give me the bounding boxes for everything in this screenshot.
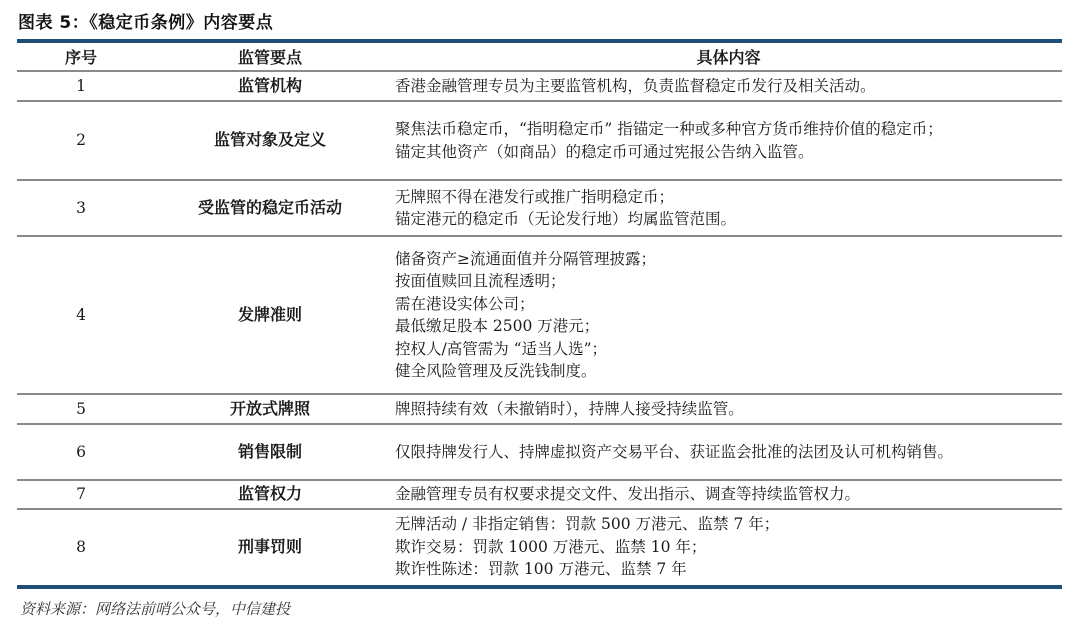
content-line: 按面值赎回且流程透明； — [395, 270, 1058, 293]
content-line: 锚定其他资产（如商品）的稳定币可通过宪报公告纳入监管。 — [395, 141, 1058, 164]
row-content: 聚焦法币稳定币，“指明稳定币” 指锚定一种或多种官方货币维持价值的稳定币； 锚定… — [395, 101, 1062, 180]
content-line: 牌照持续有效（未撤销时），持牌人接受持续监管。 — [395, 398, 1058, 421]
row-no: 2 — [17, 101, 145, 180]
content-line: 锚定港元的稳定币（无论发行地）均属监管范围。 — [395, 208, 1058, 231]
table-row: 7 监管权力 金融管理专员有权要求提交文件、发出指示、调查等持续监管权力。 — [17, 480, 1062, 509]
row-key-point: 监管对象及定义 — [145, 101, 395, 180]
bottom-rule — [17, 585, 1062, 589]
row-no: 7 — [17, 480, 145, 509]
row-content: 金融管理专员有权要求提交文件、发出指示、调查等持续监管权力。 — [395, 480, 1062, 509]
row-key-point: 受监管的稳定币活动 — [145, 180, 395, 236]
row-no: 4 — [17, 236, 145, 394]
header-content: 具体内容 — [395, 43, 1062, 71]
header-key-point: 监管要点 — [145, 43, 395, 71]
content-line: 欺诈交易：罚款 1000 万港元、监禁 10 年； — [395, 536, 1058, 559]
regulation-table: 序号 监管要点 具体内容 1 监管机构 香港金融管理专员为主要监管机构，负责监督… — [17, 43, 1062, 585]
row-key-point: 监管权力 — [145, 480, 395, 509]
content-line: 欺诈性陈述：罚款 100 万港元、监禁 7 年 — [395, 558, 1058, 581]
row-content: 无牌活动 / 非指定销售：罚款 500 万港元、监禁 7 年； 欺诈交易：罚款 … — [395, 509, 1062, 585]
row-no: 1 — [17, 71, 145, 101]
content-line: 香港金融管理专员为主要监管机构，负责监督稳定币发行及相关活动。 — [395, 75, 1058, 98]
content-line: 聚焦法币稳定币，“指明稳定币” 指锚定一种或多种官方货币维持价值的稳定币； — [395, 118, 1055, 141]
content-line: 需在港设实体公司； — [395, 293, 1058, 316]
table-row: 8 刑事罚则 无牌活动 / 非指定销售：罚款 500 万港元、监禁 7 年； 欺… — [17, 509, 1062, 585]
table-row: 6 销售限制 仅限持牌发行人、持牌虚拟资产交易平台、获证监会批准的法团及认可机构… — [17, 424, 1062, 480]
table-row: 5 开放式牌照 牌照持续有效（未撤销时），持牌人接受持续监管。 — [17, 394, 1062, 424]
content-line: 健全风险管理及反洗钱制度。 — [395, 360, 1058, 383]
content-line: 金融管理专员有权要求提交文件、发出指示、调查等持续监管权力。 — [395, 483, 1058, 506]
row-content: 无牌照不得在港发行或推广指明稳定币； 锚定港元的稳定币（无论发行地）均属监管范围… — [395, 180, 1062, 236]
row-key-point: 监管机构 — [145, 71, 395, 101]
row-key-point: 开放式牌照 — [145, 394, 395, 424]
table-row: 3 受监管的稳定币活动 无牌照不得在港发行或推广指明稳定币； 锚定港元的稳定币（… — [17, 180, 1062, 236]
row-key-point: 销售限制 — [145, 424, 395, 480]
table-row: 2 监管对象及定义 聚焦法币稳定币，“指明稳定币” 指锚定一种或多种官方货币维持… — [17, 101, 1062, 180]
content-line: 仅限持牌发行人、持牌虚拟资产交易平台、获证监会批准的法团及认可机构销售。 — [395, 441, 1060, 464]
row-no: 3 — [17, 180, 145, 236]
row-no: 5 — [17, 394, 145, 424]
row-content: 香港金融管理专员为主要监管机构，负责监督稳定币发行及相关活动。 — [395, 71, 1062, 101]
source-note: 资料来源：网络法前哨公众号，中信建投 — [20, 598, 290, 619]
row-content: 储备资产≥流通面值并分隔管理披露； 按面值赎回且流程透明； 需在港设实体公司； … — [395, 236, 1062, 394]
table-row: 1 监管机构 香港金融管理专员为主要监管机构，负责监督稳定币发行及相关活动。 — [17, 71, 1062, 101]
content-line: 储备资产≥流通面值并分隔管理披露； — [395, 248, 1058, 271]
regulation-table-container: 序号 监管要点 具体内容 1 监管机构 香港金融管理专员为主要监管机构，负责监督… — [17, 39, 1062, 589]
table-row: 4 发牌准则 储备资产≥流通面值并分隔管理披露； 按面值赎回且流程透明； 需在港… — [17, 236, 1062, 394]
header-no: 序号 — [17, 43, 145, 71]
row-content: 仅限持牌发行人、持牌虚拟资产交易平台、获证监会批准的法团及认可机构销售。 — [395, 424, 1062, 480]
content-line: 无牌活动 / 非指定销售：罚款 500 万港元、监禁 7 年； — [395, 513, 1058, 536]
row-content: 牌照持续有效（未撤销时），持牌人接受持续监管。 — [395, 394, 1062, 424]
content-line: 最低缴足股本 2500 万港元； — [395, 315, 1058, 338]
row-no: 6 — [17, 424, 145, 480]
row-no: 8 — [17, 509, 145, 585]
header-row: 序号 监管要点 具体内容 — [17, 43, 1062, 71]
figure-title: 图表 5：《稳定币条例》内容要点 — [18, 8, 273, 33]
content-line: 无牌照不得在港发行或推广指明稳定币； — [395, 186, 1058, 209]
row-key-point: 发牌准则 — [145, 236, 395, 394]
content-line: 控权人/高管需为 “适当人选”； — [395, 338, 1058, 361]
row-key-point: 刑事罚则 — [145, 509, 395, 585]
